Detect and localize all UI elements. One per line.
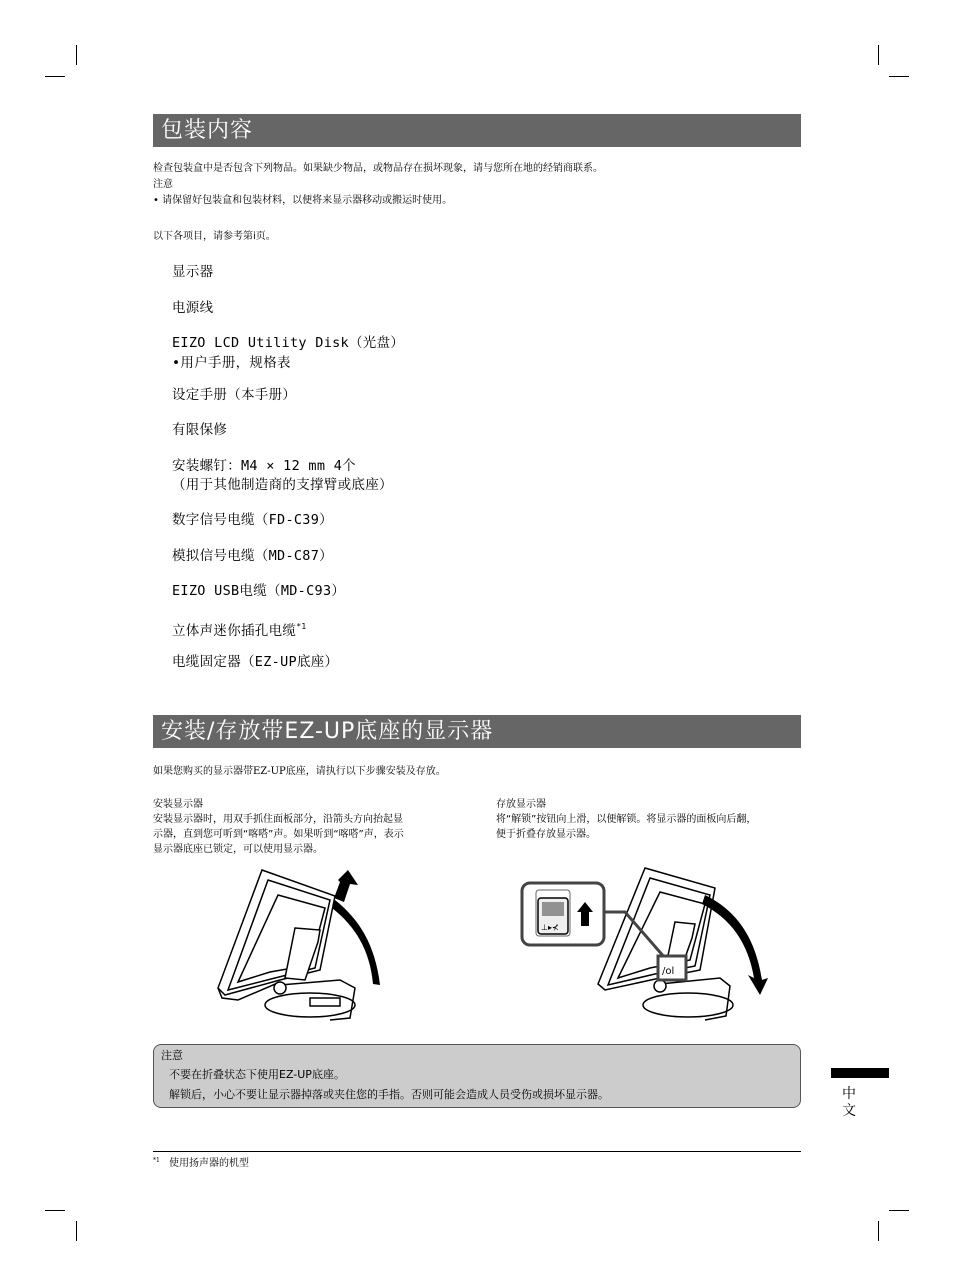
install-heading: 安装显示器 [153,797,203,812]
package-item-sub: •用户手册，规格表 [172,353,291,373]
caution-line: 不要在折叠状态下使用EZ-UP底座。 [169,1067,345,1083]
package-item: 有限保修 [172,420,227,440]
crop-mark [76,1221,77,1241]
crop-mark [76,45,77,65]
footnote-divider [153,1151,801,1152]
package-item: 电缆固定器（EZ-UP底座） [172,652,338,672]
note-label: 注意 [153,177,173,193]
crop-mark [878,45,879,65]
intro-text: 如果您购买的显示器带EZ-UP底座，请执行以下步骤安装及存放。 [153,764,446,780]
package-item: 电源线 [172,298,213,318]
language-char: 中 [842,1086,858,1103]
reference-text: 以下各项目，请参考第i页。 [153,229,276,245]
svg-text:/ol: /ol [662,966,674,977]
language-char: 文 [842,1103,858,1120]
language-tab-bar [831,1068,889,1078]
section-title-package-contents: 包装内容 [153,114,801,147]
package-item: EIZO LCD Utility Disk（光盘） [172,333,404,353]
svg-text:⊥▸⊀: ⊥▸⊀ [541,923,559,932]
crop-mark [889,76,909,77]
footnote-mark: *1 [153,1157,160,1164]
caution-box: 注意 不要在折叠状态下使用EZ-UP底座。 解锁后，小心不要让显示器掉落或夹住您… [153,1044,801,1108]
package-item: EIZO USB电缆（MD-C93） [172,581,345,601]
crop-mark [889,1210,909,1211]
install-line: 显示器底座已锁定，可以使用显示器。 [153,842,323,857]
install-line: 安装显示器时，用双手抓住面板部分，沿箭头方向抬起显 [153,812,403,827]
store-line: 将“解锁”按钮向上滑，以便解锁。将显示器的面板向后翻， [496,812,756,827]
monitor-store-illustration: ⊥▸⊀ /ol [510,860,780,1030]
note-bullet: • 请保留好包装盒和包装材料，以便将来显示器移动或搬运时使用。 [153,193,452,209]
language-tab-label: 中 文 [842,1086,858,1120]
install-line: 示器，直到您可听到“喀嗒”声。如果听到“喀嗒”声，表示 [153,827,404,842]
monitor-install-illustration [210,860,400,1030]
package-item: 数字信号电缆（FD-C39） [172,510,333,530]
footnote-ref: *1 [296,622,306,631]
crop-mark [45,76,65,77]
crop-mark [45,1210,65,1211]
caution-line: 解锁后，小心不要让显示器掉落或夹住您的手指。否则可能会造成人员受伤或损坏显示器。 [169,1087,609,1103]
store-heading: 存放显示器 [496,797,546,812]
package-item: 设定手册（本手册） [172,385,296,405]
footnote: *1 使用扬声器的机型 [153,1153,249,1172]
item-label: 立体声迷你插孔电缆 [172,623,296,639]
caution-label: 注意 [161,1048,183,1064]
section-title-ezup: 安装/存放带EZ-UP底座的显示器 [153,715,801,748]
package-item: 安装螺钉：M4 × 12 mm 4个 [172,456,356,476]
store-line: 便于折叠存放显示器。 [496,827,596,842]
footnote-text: 使用扬声器的机型 [169,1158,249,1169]
crop-mark [878,1221,879,1241]
package-item: 显示器 [172,262,213,282]
intro-text: 检查包装盒中是否包含下列物品。如果缺少物品，或物品存在损坏现象，请与您所在地的经… [153,161,603,177]
package-item: 模拟信号电缆（MD-C87） [172,546,333,566]
package-item: 立体声迷你插孔电缆*1 [172,617,306,641]
package-item-sub: （用于其他制造商的支撑臂或底座） [172,475,393,495]
